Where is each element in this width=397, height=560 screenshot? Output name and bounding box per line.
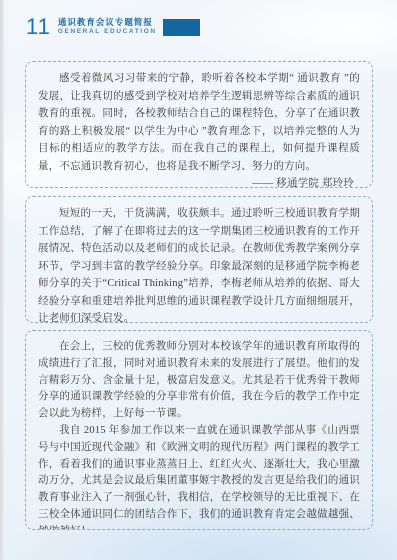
section-subtitle: GENERAL EDUCATION: [58, 28, 157, 36]
page-header: 11 通识教育会议专题简报 GENERAL EDUCATION: [26, 16, 200, 38]
quote-block-1: 感受着微风习习带来的宁静，聆听着各校本学期“ 通识教育 ”的发展，让我真切的感受…: [25, 61, 373, 188]
quote-block-2: 短短的一天，干货满满，收获颇丰。通过聆听三校通识教育学期工作总结，了解了在即将过…: [25, 196, 373, 323]
page-edge-strip: [0, 0, 4, 560]
quote-1-paragraph: 感受着微风习习带来的宁静，聆听着各校本学期“ 通识教育 ”的发展，让我真切的感受…: [38, 70, 360, 175]
header-title-block: 通识教育会议专题简报 GENERAL EDUCATION: [58, 17, 157, 36]
quote-block-3: 在会上，三校的优秀教师分别对本校该学年的通识教育所取得的成绩进行了汇报，同时对通…: [25, 330, 373, 530]
quote-3-paragraph-2: 我自 2015 年参加工作以来一直就在通识课教学部从事《山西票号与中国近现代金融…: [38, 423, 360, 530]
quote-2-paragraph: 短短的一天，干货满满，收获颇丰。通过聆听三校通识教育学期工作总结，了解了在即将过…: [38, 205, 360, 323]
quote-1-attribution: —— 移通学院 郑玲玲: [38, 175, 360, 188]
page-number: 11: [26, 16, 51, 38]
accent-rectangle: [163, 19, 200, 36]
quote-3-paragraph-1: 在会上，三校的优秀教师分别对本校该学年的通识教育所取得的成绩进行了汇报，同时对通…: [38, 339, 360, 423]
section-title: 通识教育会议专题简报: [58, 17, 157, 28]
